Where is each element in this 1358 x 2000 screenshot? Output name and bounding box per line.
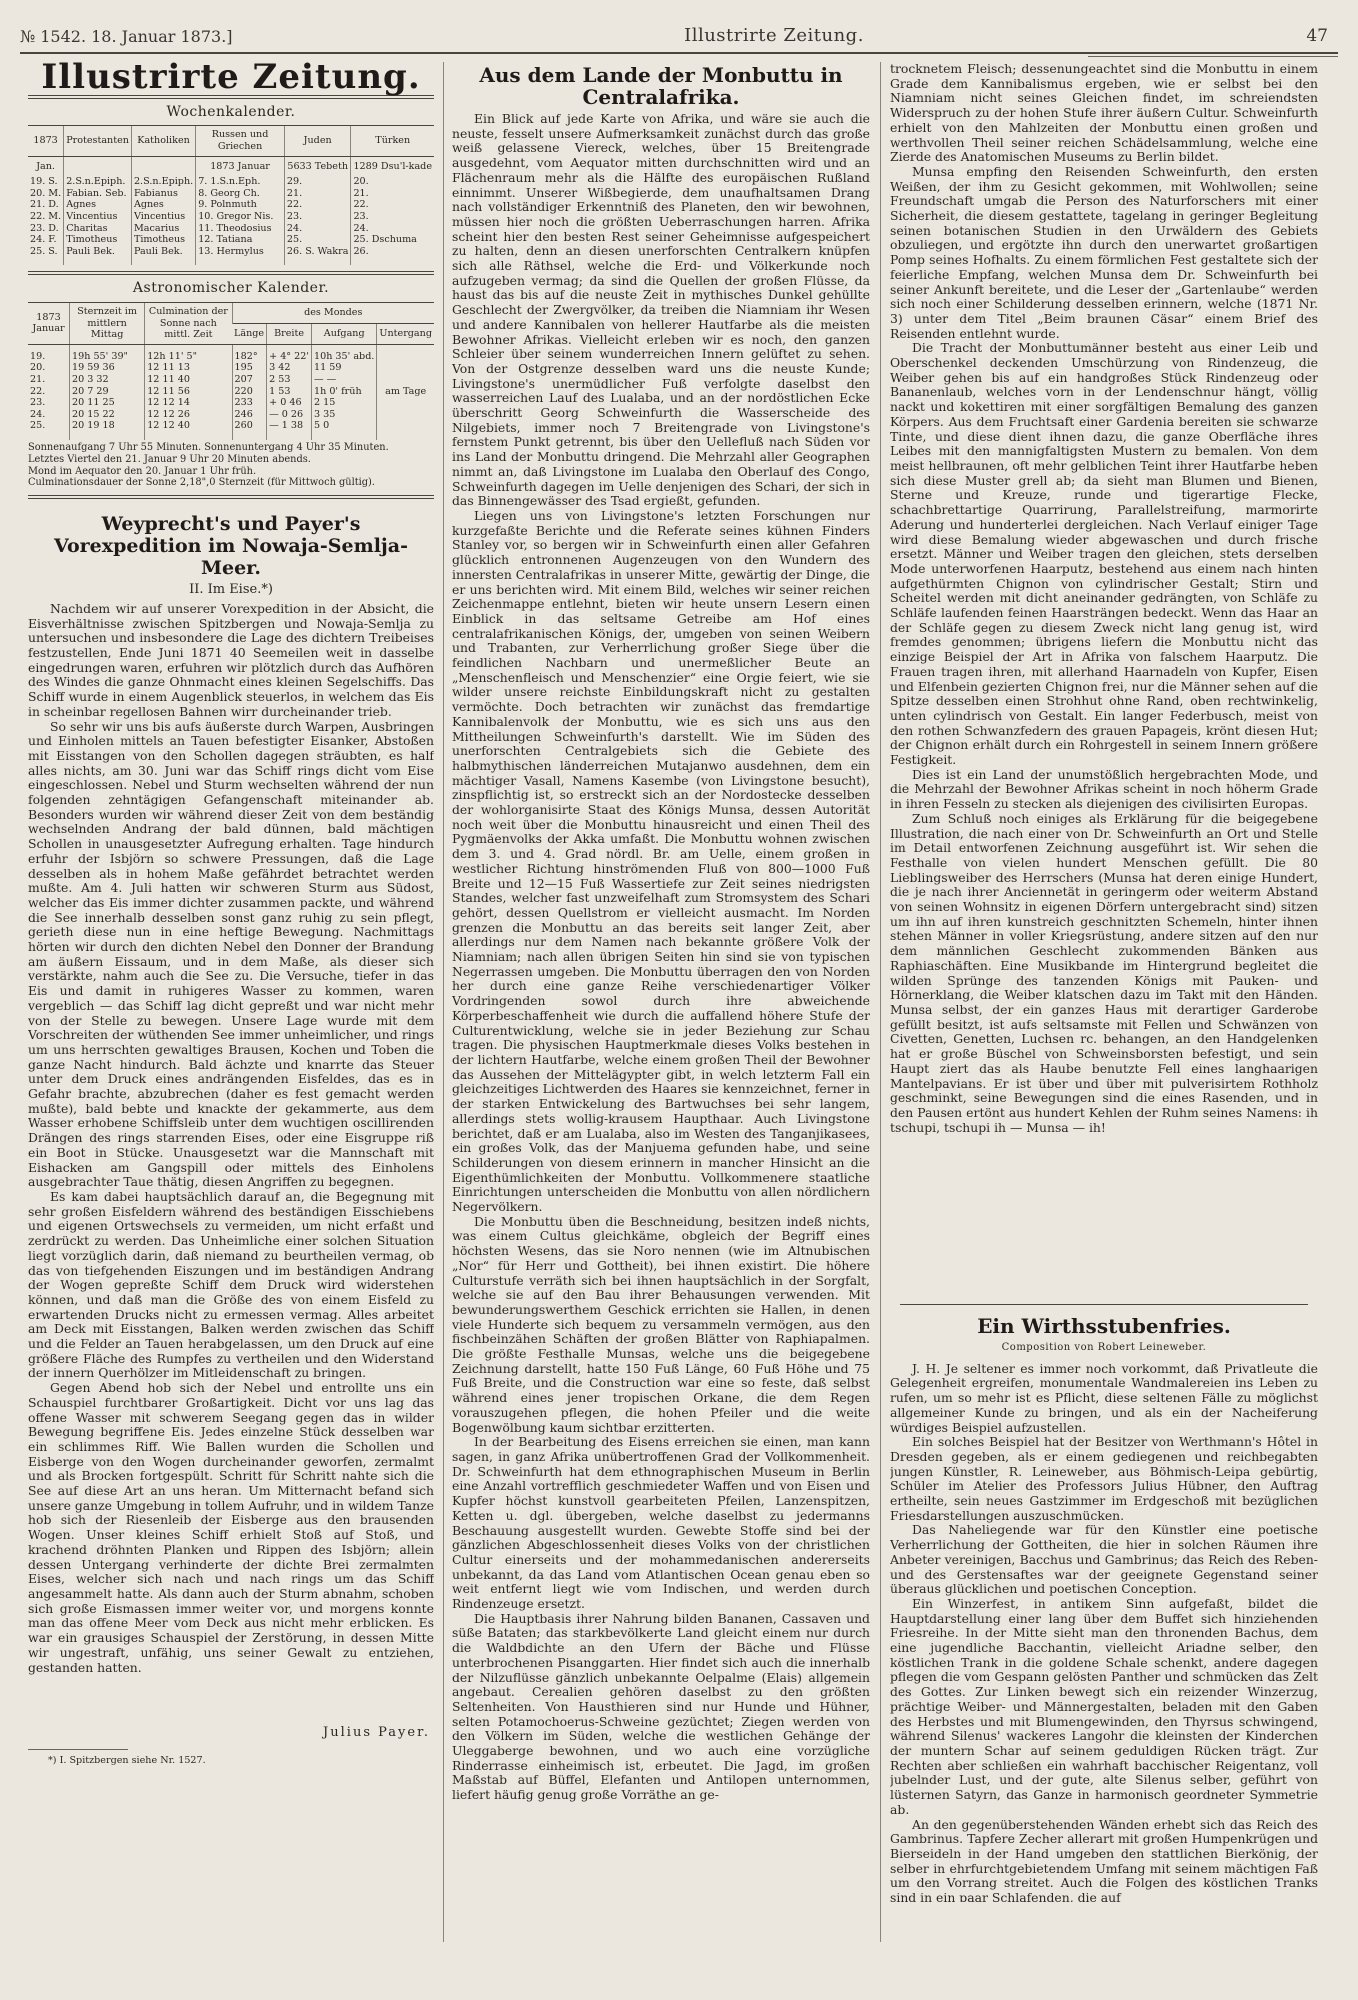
calendar-cell: 22.: [284, 199, 351, 211]
paragraph: Munsa empfing den Reisenden Schweinfurth…: [890, 165, 1318, 341]
astro-cell: [377, 409, 434, 421]
paragraph: Ein Winzerfest, in antikem Sinn aufgefaß…: [890, 1597, 1318, 1818]
masthead: Illustrirte Zeitung.: [28, 70, 434, 85]
astro-cell: 260: [232, 420, 267, 440]
calendar-cell: Vincentius: [64, 211, 132, 223]
author-signature: Julius Payer.: [28, 1726, 434, 1741]
col-header: Juden: [284, 126, 351, 156]
calendar-row: 20. M.Fabian. Seb.Fabianus8. Georg Ch.21…: [28, 188, 434, 200]
astro-cell: 12 12 40: [145, 420, 232, 440]
col-header: Protestanten: [64, 126, 132, 156]
calendar-cell: 21.: [284, 188, 351, 200]
calendar-cell: Fabian. Seb.: [64, 188, 132, 200]
article-byline: Composition von Robert Leineweber.: [890, 1341, 1318, 1356]
calendar-cell: Pauli Bek.: [131, 246, 195, 266]
astro-cell: 21.: [28, 374, 70, 386]
calendar-cell: 8. Georg Ch.: [196, 188, 285, 200]
paragraph: So sehr wir uns bis aufs äußerste durch …: [28, 720, 434, 1191]
calendar-cell: 29.: [284, 176, 351, 188]
calendar-cell: 7. 1.S.n.Eph.: [196, 176, 285, 188]
astro-cell: — —: [312, 374, 377, 386]
astro-note: Letztes Viertel den 21. Januar 9 Uhr 20 …: [28, 454, 434, 466]
subheader-cell: 5633 Tebeth: [284, 156, 351, 176]
header-rule-secondary: [1088, 56, 1338, 57]
astro-cell: 24.: [28, 409, 70, 421]
astro-cell: 12h 11' 5": [145, 344, 232, 362]
subheader-cell: [64, 156, 132, 176]
calendar-cell: 26.: [351, 246, 434, 266]
calendar-cell: Macarius: [131, 223, 195, 235]
astro-cell: 20 7 29: [70, 386, 145, 398]
calendar-cell: 26. S. Wakra: [284, 246, 351, 266]
calendar-cell: 21. D.: [28, 199, 64, 211]
astro-cell: 22.: [28, 386, 70, 398]
col-header: Sternzeit im mittlern Mittag: [70, 303, 145, 345]
weekly-calendar-table: 1873ProtestantenKatholikenRussen und Gri…: [28, 125, 434, 265]
subheader-cell: [131, 156, 195, 176]
calendar-row: 21. D.AgnesAgnes9. Polnmuth22.22.: [28, 199, 434, 211]
paragraph: Die Monbuttu üben die Beschneidung, besi…: [452, 1215, 870, 1436]
astro-cell: 10h 35' abd.: [312, 344, 377, 362]
astro-cell: [377, 374, 434, 386]
astro-row: 19.19h 55' 39"12h 11' 5"182°+ 4° 22'10h …: [28, 344, 434, 362]
paragraph: Ein Blick auf jede Karte von Afrika, und…: [452, 112, 870, 509]
astro-cell: 182°: [232, 344, 267, 362]
astro-note: Culminationsdauer der Sonne 2,18",0 Ster…: [28, 477, 434, 489]
astro-cell: — 1 38: [267, 420, 312, 440]
astro-cell: 3 35: [312, 409, 377, 421]
article-title-payer: Weyprecht's und Payer's Vorexpedition im…: [28, 513, 434, 579]
calendar-cell: 25. Dschuma: [351, 234, 434, 246]
astro-cell: 19 59 36: [70, 362, 145, 374]
calendar-cell: 23.: [284, 211, 351, 223]
astro-cell: + 0 46: [267, 397, 312, 409]
astro-note: Mond im Aequator den 20. Januar 1 Uhr fr…: [28, 466, 434, 478]
astro-cell: am Tage: [377, 386, 434, 398]
col-header: Aufgang: [312, 323, 377, 344]
paragraph: Zum Schluß noch einiges als Erklärung fü…: [890, 812, 1318, 1135]
col-header: Russen und Griechen: [196, 126, 285, 156]
calendar-cell: 12. Tatiana: [196, 234, 285, 246]
article-body-monbuttu-continued: trocknetem Fleisch; dessenungeachtet sin…: [890, 62, 1318, 1290]
calendar-cell: 9. Polnmuth: [196, 199, 285, 211]
astro-cell: 3 42: [267, 362, 312, 374]
calendar-row: 24. F.TimotheusTimotheus12. Tatiana25.25…: [28, 234, 434, 246]
astro-row: 23.20 11 2512 12 14233+ 0 462 15: [28, 397, 434, 409]
calendar-cell: 22.: [351, 199, 434, 211]
paragraph: Es kam dabei hauptsächlich darauf an, di…: [28, 1190, 434, 1381]
astro-cell: 1h 0' früh: [312, 386, 377, 398]
calendar-cell: 23. D.: [28, 223, 64, 235]
calendar-cell: 11. Theodosius: [196, 223, 285, 235]
subheader-cell: Jan.: [28, 156, 64, 176]
astro-cell: 2 15: [312, 397, 377, 409]
column-divider: [880, 62, 881, 1942]
astro-cell: 12 12 26: [145, 409, 232, 421]
astro-cell: [377, 397, 434, 409]
calendar-cell: 24. F.: [28, 234, 64, 246]
astro-cell: 20 19 18: [70, 420, 145, 440]
calendar-row: 23. D.CharitasMacarius11. Theodosius24.2…: [28, 223, 434, 235]
astro-cell: 233: [232, 397, 267, 409]
article-subtitle: II. Im Eise.*): [28, 583, 434, 598]
astro-calendar-table: 1873 Januar Sternzeit im mittlern Mittag…: [28, 302, 434, 440]
astro-cell: [377, 344, 434, 362]
calendar-cell: 25. S.: [28, 246, 64, 266]
paragraph: J. H. Je seltener es immer noch vorkommt…: [890, 1362, 1318, 1436]
middle-column: Aus dem Lande der Monbuttu in Centralafr…: [452, 62, 870, 1972]
divider: [28, 495, 434, 499]
astro-note: Sonnenaufgang 7 Uhr 55 Minuten. Sonnenun…: [28, 442, 434, 454]
calendar-row: 25. S.Pauli Bek.Pauli Bek.13. Hermylus26…: [28, 246, 434, 266]
astro-cell: [377, 420, 434, 440]
astro-cell: 23.: [28, 397, 70, 409]
paragraph: In der Bearbeitung des Eisens erreichen …: [452, 1435, 870, 1611]
paragraph: Dies ist ein Land der unumstößlich herge…: [890, 768, 1318, 812]
paper-name: Illustrirte Zeitung.: [340, 25, 1208, 46]
col-header: Türken: [351, 126, 434, 156]
paragraph: Das Naheliegende war für den Künstler ei…: [890, 1523, 1318, 1597]
subheader-cell: 1873 Januar: [196, 156, 285, 176]
paragraph: Gegen Abend hob sich der Nebel und entro…: [28, 1381, 434, 1675]
astro-cell: + 4° 22': [267, 344, 312, 362]
calendar-cell: Pauli Bek.: [64, 246, 132, 266]
astro-cell: — 0 26: [267, 409, 312, 421]
astro-cell: 20 11 25: [70, 397, 145, 409]
column-divider: [443, 62, 444, 1942]
astro-row: 24.20 15 2212 12 26246— 0 263 35: [28, 409, 434, 421]
footnote: *) I. Spitzbergen siehe Nr. 1527.: [28, 1754, 434, 1769]
astro-cell: 1 53: [267, 386, 312, 398]
calendar-cell: 23.: [351, 211, 434, 223]
article-body-payer: Nachdem wir auf unserer Vorexpedition in…: [28, 602, 434, 1740]
article-title-fries: Ein Wirthsstubenfries.: [890, 1315, 1318, 1337]
col-header: Culmination der Sonne nach mittl. Zeit: [145, 303, 232, 345]
calendar-cell: 25.: [284, 234, 351, 246]
astro-cell: 20 3 32: [70, 374, 145, 386]
footnote-rule: [28, 1749, 128, 1750]
weekly-calendar-title: Wochenkalender.: [28, 105, 434, 120]
astro-row: 25.20 19 1812 12 40260— 1 385 0: [28, 420, 434, 440]
calendar-cell: 19. S.: [28, 176, 64, 188]
subheader-cell: 1289 Dsu'l-kade: [351, 156, 434, 176]
issue-date: № 1542. 18. Januar 1873.]: [20, 27, 340, 46]
calendar-cell: 20.: [351, 176, 434, 188]
astro-cell: 25.: [28, 420, 70, 440]
astro-cell: 12 11 13: [145, 362, 232, 374]
astro-cell: 2 53: [267, 374, 312, 386]
paragraph: trocknetem Fleisch; dessenungeachtet sin…: [890, 62, 1318, 165]
right-column: trocknetem Fleisch; dessenungeachtet sin…: [890, 62, 1318, 1902]
divider: [28, 271, 434, 275]
astro-cell: 11 59: [312, 362, 377, 374]
paragraph: Die Tracht der Monbuttumänner besteht au…: [890, 341, 1318, 767]
header-rule: [20, 52, 1338, 54]
astro-row: 20.19 59 3612 11 131953 4211 59: [28, 362, 434, 374]
author-initials: J. H.: [912, 1362, 946, 1376]
calendar-cell: 21.: [351, 188, 434, 200]
astro-cell: 195: [232, 362, 267, 374]
col-header: 1873 Januar: [28, 303, 70, 345]
col-header: Katholiken: [131, 126, 195, 156]
paragraph: Liegen uns von Livingstone's letzten For…: [452, 509, 870, 1215]
article-title-monbuttu: Aus dem Lande der Monbuttu in Centralafr…: [452, 64, 870, 108]
col-header: Länge: [232, 323, 267, 344]
calendar-cell: 20. M.: [28, 188, 64, 200]
newspaper-page: № 1542. 18. Januar 1873.] Illustrirte Ze…: [0, 0, 1358, 2000]
col-header: Untergang: [377, 323, 434, 344]
calendar-cell: Timotheus: [131, 234, 195, 246]
astro-calendar-title: Astronomischer Kalender.: [28, 281, 434, 296]
calendar-row: 19. S.2.S.n.Epiph.2.S.n.Epiph.7. 1.S.n.E…: [28, 176, 434, 188]
calendar-cell: 22. M.: [28, 211, 64, 223]
astro-row: 22.20 7 2912 11 562201 531h 0' früham Ta…: [28, 386, 434, 398]
astro-cell: 19h 55' 39": [70, 344, 145, 362]
astro-cell: 246: [232, 409, 267, 421]
astro-cell: [377, 362, 434, 374]
paragraph: An den gegenüberstehenden Wänden erhebt …: [890, 1818, 1318, 1902]
calendar-cell: Agnes: [64, 199, 132, 211]
article-body-monbuttu: Ein Blick auf jede Karte von Afrika, und…: [452, 112, 870, 1972]
astro-cell: 12 11 56: [145, 386, 232, 398]
paragraph: Nachdem wir auf unserer Vorexpedition in…: [28, 602, 434, 720]
astro-row: 21.20 3 3212 11 402072 53— —: [28, 374, 434, 386]
calendar-cell: 13. Hermylus: [196, 246, 285, 266]
calendar-row: 22. M.VincentiusVincentius10. Gregor Nis…: [28, 211, 434, 223]
astro-cell: 12 12 14: [145, 397, 232, 409]
astro-cell: 5 0: [312, 420, 377, 440]
calendar-cell: 10. Gregor Nis.: [196, 211, 285, 223]
article-body-fries: J. H. Je seltener es immer noch vorkommt…: [890, 1362, 1318, 1902]
page-number: 47: [1208, 26, 1338, 46]
paragraph: Die Hauptbasis ihrer Nahrung bilden Bana…: [452, 1612, 870, 1803]
calendar-cell: 24.: [284, 223, 351, 235]
astro-notes: Sonnenaufgang 7 Uhr 55 Minuten. Sonnenun…: [28, 442, 434, 489]
group-header: des Mondes: [232, 303, 434, 324]
calendar-cell: 2.S.n.Epiph.: [64, 176, 132, 188]
calendar-subheader: Jan.1873 Januar5633 Tebeth1289 Dsu'l-kad…: [28, 156, 434, 176]
calendar-cell: 24.: [351, 223, 434, 235]
col-header: Breite: [267, 323, 312, 344]
running-head: № 1542. 18. Januar 1873.] Illustrirte Ze…: [20, 18, 1338, 46]
astro-cell: 220: [232, 386, 267, 398]
astro-cell: 207: [232, 374, 267, 386]
astro-cell: 20 15 22: [70, 409, 145, 421]
astro-cell: 12 11 40: [145, 374, 232, 386]
calendar-cell: Fabianus: [131, 188, 195, 200]
calendar-cell: Timotheus: [64, 234, 132, 246]
calendar-cell: 2.S.n.Epiph.: [131, 176, 195, 188]
section-divider: [900, 1304, 1308, 1305]
left-column: Illustrirte Zeitung. Wochenkalender. 187…: [28, 62, 434, 1768]
astro-cell: 20.: [28, 362, 70, 374]
paragraph: Ein solches Beispiel hat der Besitzer vo…: [890, 1435, 1318, 1523]
calendar-cell: Agnes: [131, 199, 195, 211]
astro-cell: 19.: [28, 344, 70, 362]
calendar-cell: Charitas: [64, 223, 132, 235]
calendar-cell: Vincentius: [131, 211, 195, 223]
col-header: 1873: [28, 126, 64, 156]
